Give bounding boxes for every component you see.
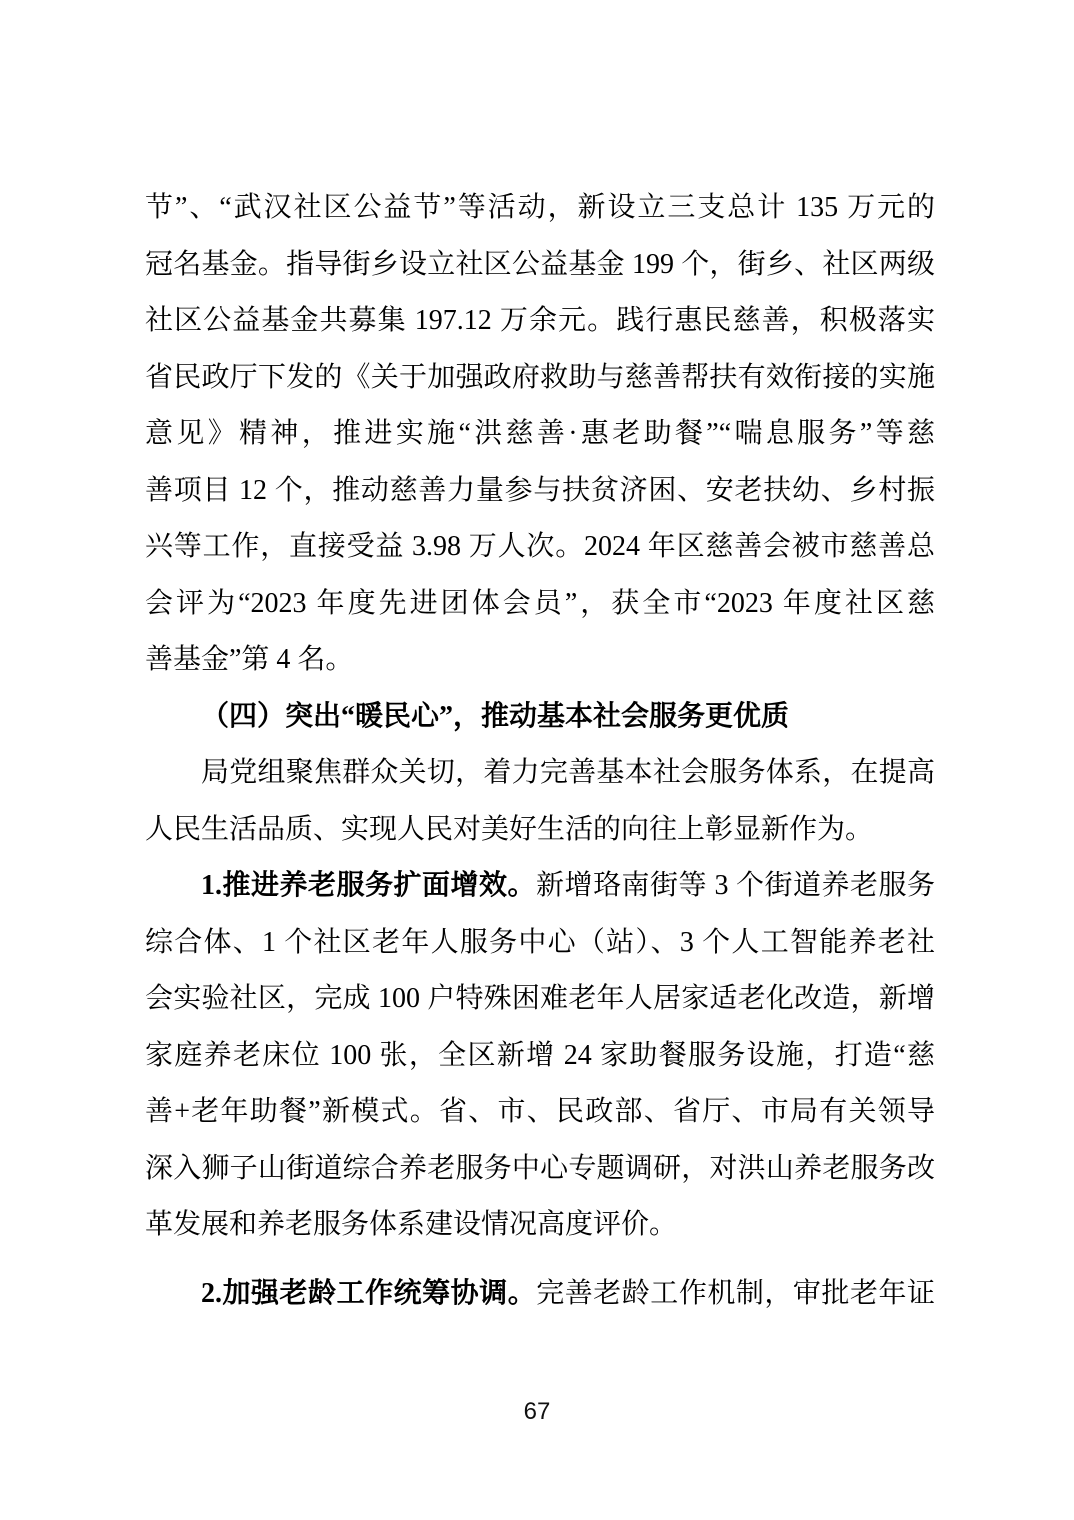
text-line: 善基金”第 4 名。 [145,632,935,689]
text-run: 人民生活品质、实现人民对美好生活的向往上彰显新作为。 [145,814,873,845]
text-line: 人民生活品质、实现人民对美好生活的向往上彰显新作为。 [145,802,935,859]
text-line: 深入狮子山街道综合养老服务中心专题调研，对洪山养老服务改 [145,1141,935,1198]
text-line: 节”、“武汉社区公益节”等活动，新设立三支总计 135 万元的 [145,180,935,237]
text-run: 社区公益基金共募集 197.12 万余元。践行惠民慈善，积极落实 [145,305,935,336]
text-run: 善+老年助餐”新模式。省、市、民政部、省厅、市局有关领导 [145,1096,935,1127]
text-line: 会评为“2023 年度先进团体会员”，获全市“2023 年度社区慈 [145,576,935,633]
text-run: 兴等工作，直接受益 3.98 万人次。2024 年区慈善会被市慈善总 [145,531,935,562]
text-run: 革发展和养老服务体系建设情况高度评价。 [145,1209,677,1240]
text-line: 社区公益基金共募集 197.12 万余元。践行惠民慈善，积极落实 [145,293,935,350]
text-run: 局党组聚焦群众关切，着力完善基本社会服务体系，在提高 [201,757,935,788]
text-run: 深入狮子山街道综合养老服务中心专题调研，对洪山养老服务改 [145,1153,935,1184]
text-run: 完善老龄工作机制，审批老年证 [536,1278,935,1309]
document-page: 节”、“武汉社区公益节”等活动，新设立三支总计 135 万元的冠名基金。指导街乡… [0,0,1074,1520]
bold-text-run: （四）突出“暖民心”，推动基本社会服务更优质 [201,701,789,732]
text-line: 冠名基金。指导街乡设立社区公益基金 199 个，街乡、社区两级 [145,237,935,294]
section-heading: （四）突出“暖民心”，推动基本社会服务更优质 [145,689,935,746]
text-line: 省民政厅下发的《关于加强政府救助与慈善帮扶有效衔接的实施 [145,350,935,407]
text-line: 兴等工作，直接受益 3.98 万人次。2024 年区慈善会被市慈善总 [145,519,935,576]
text-run: 综合体、1 个社区老年人服务中心（站）、3 个人工智能养老社 [145,927,935,958]
text-run: 会评为“2023 年度先进团体会员”，获全市“2023 年度社区慈 [145,588,935,619]
text-line: 局党组聚焦群众关切，着力完善基本社会服务体系，在提高 [145,745,935,802]
bold-text-run: 1.推进养老服务扩面增效。 [201,870,536,901]
text-run: 善基金”第 4 名。 [145,644,353,675]
document-body: 节”、“武汉社区公益节”等活动，新设立三支总计 135 万元的冠名基金。指导街乡… [145,180,935,1322]
text-run: 冠名基金。指导街乡设立社区公益基金 199 个，街乡、社区两级 [145,249,935,280]
text-run: 意见》精神，推进实施“洪慈善·惠老助餐”“喘息服务”等慈 [145,418,935,449]
text-run: 新增珞南街等 3 个街道养老服务 [536,870,935,901]
bold-text-run: 2.加强老龄工作统筹协调。 [201,1278,536,1309]
text-line: 善+老年助餐”新模式。省、市、民政部、省厅、市局有关领导 [145,1084,935,1141]
text-line: 1.推进养老服务扩面增效。新增珞南街等 3 个街道养老服务 [145,858,935,915]
text-line: 革发展和养老服务体系建设情况高度评价。 [145,1197,935,1254]
text-line: 意见》精神，推进实施“洪慈善·惠老助餐”“喘息服务”等慈 [145,406,935,463]
page-number: 67 [0,1398,1074,1426]
text-line: 综合体、1 个社区老年人服务中心（站）、3 个人工智能养老社 [145,915,935,972]
text-run: 省民政厅下发的《关于加强政府救助与慈善帮扶有效衔接的实施 [145,362,935,393]
text-run: 节”、“武汉社区公益节”等活动，新设立三支总计 135 万元的 [145,192,935,223]
text-run: 会实验社区，完成 100 户特殊困难老年人居家适老化改造，新增 [145,983,935,1014]
text-line: 家庭养老床位 100 张，全区新增 24 家助餐服务设施，打造“慈 [145,1028,935,1085]
text-line: 会实验社区，完成 100 户特殊困难老年人居家适老化改造，新增 [145,971,935,1028]
text-line: 2.加强老龄工作统筹协调。完善老龄工作机制，审批老年证 [145,1266,935,1323]
text-run: 善项目 12 个，推动慈善力量参与扶贫济困、安老扶幼、乡村振 [145,475,935,506]
text-run: 家庭养老床位 100 张，全区新增 24 家助餐服务设施，打造“慈 [145,1040,935,1071]
text-line: 善项目 12 个，推动慈善力量参与扶贫济困、安老扶幼、乡村振 [145,463,935,520]
